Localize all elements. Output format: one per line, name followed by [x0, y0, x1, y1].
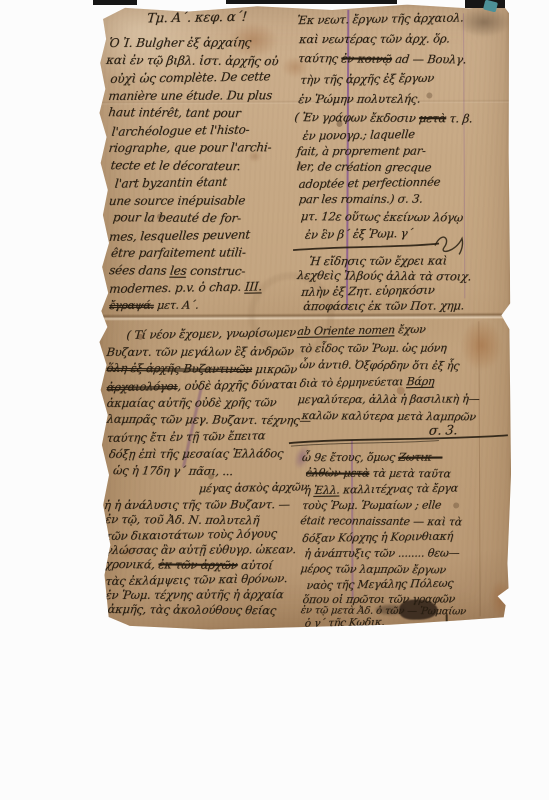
- handwritten-line: ἐν μονογρ.; laquelle: [302, 127, 415, 143]
- handwritten-line: l'art byzantin étant: [114, 175, 227, 191]
- handwritten-line: μέρος τῶν λαμπρῶν ἔργων: [300, 562, 447, 576]
- handwritten-line: tecte et le décorateur.: [110, 158, 241, 173]
- ink-divider-rule: [287, 431, 511, 448]
- handwritten-line: μεγαλύτερα, ἀλλὰ ἡ βασιλικὴ ἡ—: [297, 392, 480, 406]
- handwritten-line: pour la beauté de for-: [112, 210, 242, 225]
- handwritten-line: être parfaitement utili-: [110, 245, 246, 260]
- handwritten-line: ( Ἐν γράφων ἔκδοσιν μετὰ τ. β.: [294, 110, 474, 125]
- handwritten-line: ἀκμῆς, τὰς ἀκολούθους θείας: [107, 602, 277, 617]
- handwritten-line: modernes. p.v. ὁ chap. III.: [109, 279, 263, 296]
- ink-divider-rule: [291, 231, 476, 262]
- rust-stain: [248, 150, 262, 162]
- handwritten-line: ἡ ἀνάπτυξις τῶν ........ θεω—: [304, 546, 460, 560]
- handwritten-line: ler, de création grecque: [296, 159, 432, 174]
- rust-stain: [490, 579, 512, 619]
- handwritten-line: οὐχὶ ὡς complète. De cette: [110, 69, 271, 86]
- handwritten-line: μτ. 12ε οὕτως ἐκείνων λόγῳ: [300, 209, 464, 224]
- scanner-shadow-bar: [93, 0, 137, 5]
- ink-tick-mark: [446, 614, 448, 623]
- ghost-stamp-ring: [248, 272, 334, 358]
- handwritten-line: mes, lesquelles peuvent: [108, 227, 250, 243]
- handwritten-line: τῶν δικαιοτάτων τοὺς λόγους: [105, 526, 278, 543]
- handwritten-line: ναὸς τῆς Μεγάλης Πόλεως: [306, 577, 454, 592]
- handwritten-line: ἔγραψά. μετ. Α΄.: [109, 299, 200, 312]
- handwritten-line: λαμπρᾶς τῶν μεγ. Βυζαντ. τέχνης—: [106, 412, 312, 428]
- handwritten-line: Ἐκ νεωτ. ἔργων τῆς ἀρχαιολ.: [296, 10, 464, 27]
- handwritten-line: λεχθεὶς Ἰλβούς ἀλλὰ τὰ στοιχ.: [296, 268, 472, 283]
- scanner-shadow-bar: [226, 0, 397, 4]
- handwritten-line: δόξαν Κόρχης ἡ Κορινθιακή: [302, 530, 454, 546]
- rust-stain: [281, 56, 309, 78]
- handwritten-line: ἀκμαίας αὐτῆς οὐδὲ χρῆς τῶν: [106, 395, 277, 410]
- handwritten-line: ὦ 9ε ἔτους, ὅμως Ζωτικ—: [301, 450, 443, 464]
- handwritten-line: une source inépuisable: [108, 193, 246, 208]
- handwritten-line: τοὺς Ῥωμ. Ῥωμαίων ; elle: [302, 498, 442, 512]
- handwritten-line: καὶ νεωτέρας τῶν ἀρχ. ὅρ.: [298, 31, 450, 46]
- handwritten-line: était reconnaissante — καὶ τὰ: [300, 514, 463, 528]
- paper-specks: [97, 5, 101, 9]
- handwritten-line: Τμ. Α΄. κεφ. α΄!: [146, 10, 247, 27]
- handwritten-line: δόξῃ ἐπὶ τῆς μεσαίας Ἑλλάδος: [108, 446, 284, 461]
- rust-stain: [228, 22, 278, 58]
- handwritten-line: ἡ Ἑλλ. καλλιτέχνας τὰ ἔργα: [304, 481, 459, 497]
- handwritten-line: καλῶν καλύτερα μετὰ λαμπρῶν: [301, 409, 476, 423]
- handwritten-line: ταύτης ἐν κοινῷ ad — Βουλγ.: [297, 51, 467, 66]
- handwritten-line: ἐλθὼν μετὰ τὰ μετὰ ταῦτα: [305, 466, 451, 480]
- handwritten-line: ἀρχαιολόγοι, οὐδὲ ἀρχῆς δύναται: [106, 377, 298, 394]
- handwritten-line: par les romains.) σ. 3.: [298, 192, 423, 207]
- rust-stain: [460, 319, 502, 371]
- handwritten-line: χρονικά, ἐκ τῶν ἀρχῶν αὐτοί: [105, 557, 274, 572]
- handwritten-line: ἐν τῷ, τοῦ Ἀδ. Ν. πολυτελῆ: [104, 512, 260, 527]
- handwritten-line: μέγας ἀσκὸς ἀρχῶν: [199, 480, 308, 495]
- handwritten-line: ὡς ἡ 17δη γ΄ πᾶσι, ...: [112, 463, 234, 478]
- handwritten-line: ταύτης ἔτι ἐν τῇ τῶν ἔπειτα: [106, 428, 266, 445]
- underline-stroke: [388, 623, 458, 628]
- violet-pencil-stroke: [182, 387, 203, 468]
- handwritten-line: adoptée et perfectionnée: [298, 175, 441, 191]
- violet-fold-line: [351, 440, 354, 600]
- horizontal-crease-faint: [97, 99, 509, 105]
- manuscript-page: Τμ. Α΄. κεφ. α΄!Ὁ Ἰ. Bulgher ἐξ ἀρχαίηςκ…: [97, 3, 512, 632]
- handwritten-line: ὧν ἀντιθ. Ὀξφόρδην ὅτι ἐξ ἧς: [299, 358, 460, 372]
- handwritten-line: διὰ τὸ ἑρμηνεύεται Βάρη: [299, 375, 435, 390]
- handwritten-line: haut intérêt, tant pour: [108, 105, 242, 120]
- handwritten-line: ἐν Ῥωμ. τέχνης αὐτῆς ἡ ἀρχαία: [105, 587, 284, 602]
- handwritten-line: ὅλη ἐξ ἀρχῆς Βυζαντινῶν μικρῶν: [106, 361, 298, 376]
- handwritten-line: l'archéologue et l'histo-: [111, 122, 250, 138]
- handwritten-line: fait, à proprement par-: [296, 144, 426, 159]
- ink-smudge-corner: [457, 7, 511, 37]
- handwritten-line: ὁ γ΄ τῆς Κωδικ.: [304, 616, 385, 629]
- rust-stain: [118, 545, 136, 559]
- handwritten-line: τὴν τῆς ἀρχῆς ἐξ ἔργων: [300, 71, 435, 87]
- violet-fold-line: [346, 10, 349, 310]
- scan-background: { "palette": { "bg": "#fcfcfc", "paper":…: [0, 0, 549, 800]
- handwritten-line: ἡ ἡ ἀνάλυσις τῆς τῶν Βυζαντ. —: [103, 497, 290, 512]
- handwritten-line: τὰς ἐκλάμψεις τῶν καὶ θρόνων.: [105, 571, 288, 588]
- handwritten-line: sées dans les construc-: [108, 263, 246, 278]
- ink-blot: [400, 600, 438, 620]
